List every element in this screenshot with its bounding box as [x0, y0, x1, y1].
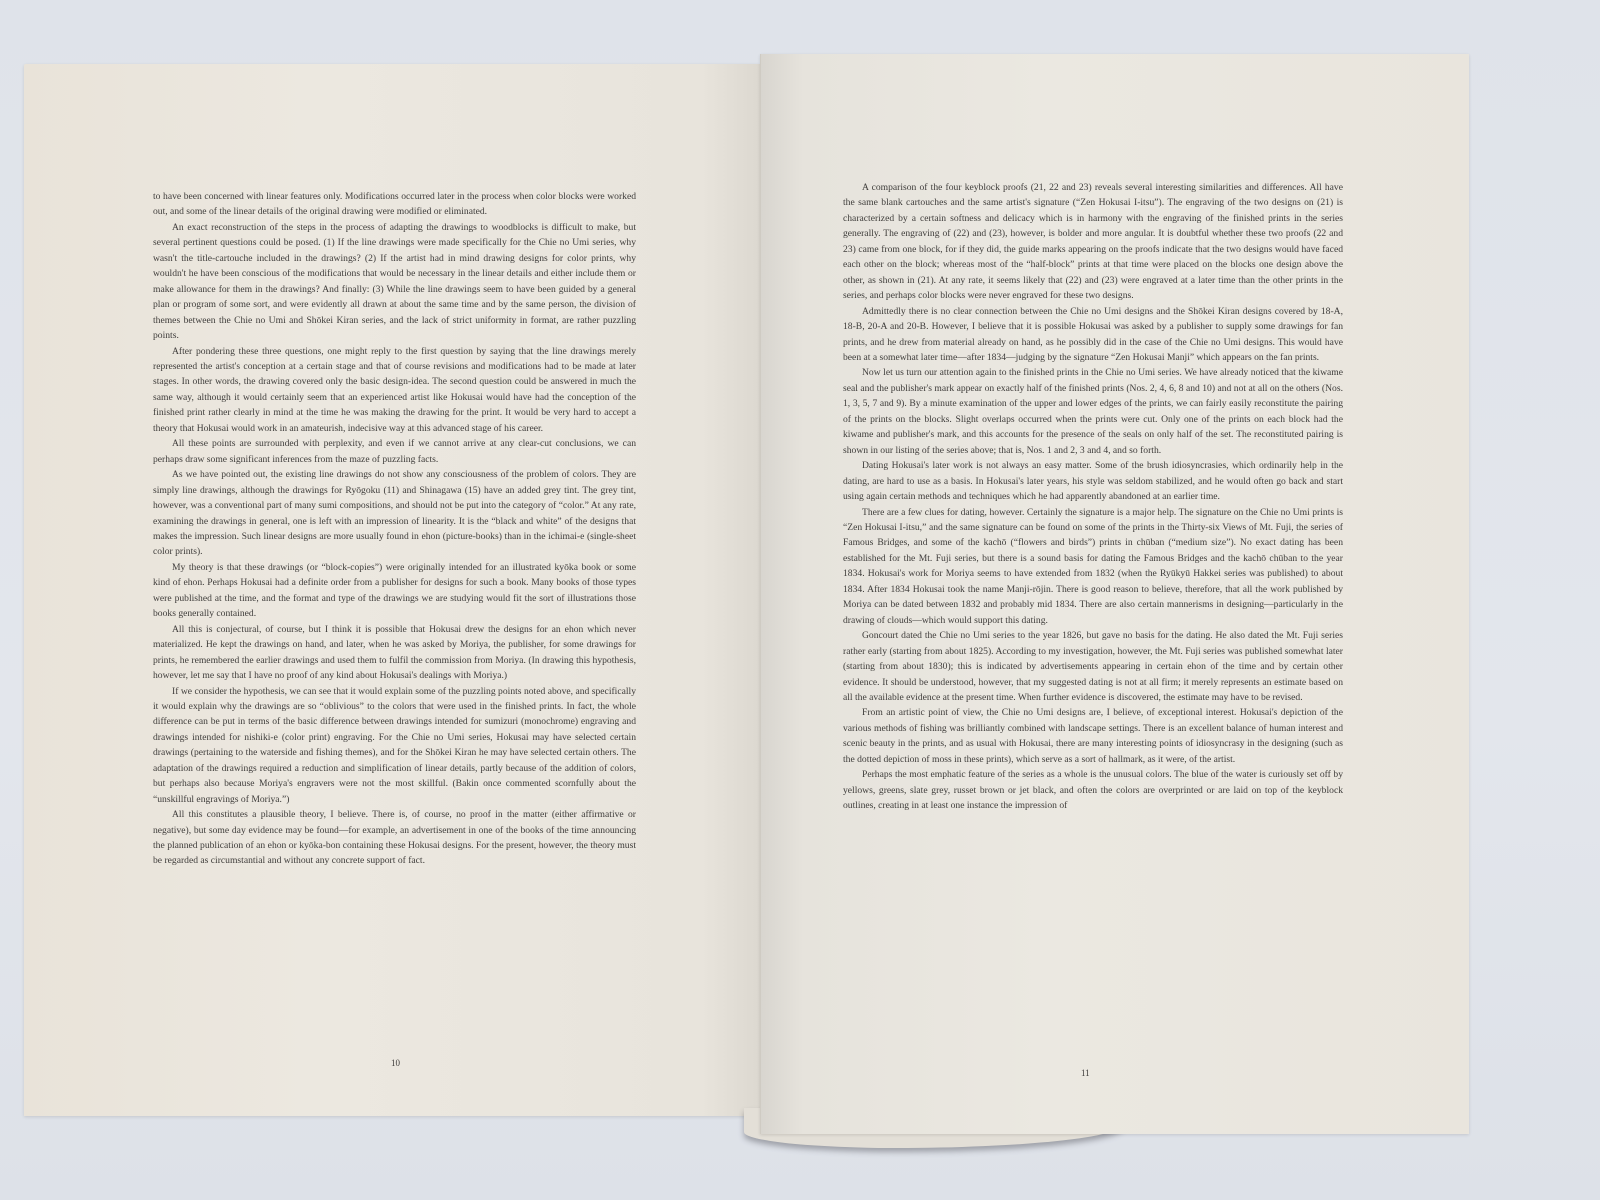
paragraph: Goncourt dated the Chie no Umi series to… — [843, 628, 1343, 705]
paragraph: There are a few clues for dating, howeve… — [843, 505, 1343, 629]
right-page-body: A comparison of the four keyblock proofs… — [843, 180, 1343, 814]
page-number-right: 11 — [1081, 1068, 1090, 1078]
paragraph: All this constitutes a plausible theory,… — [153, 807, 636, 869]
paragraph: Dating Hokusai's later work is not alway… — [843, 458, 1343, 504]
paragraph: If we consider the hypothesis, we can se… — [153, 684, 636, 808]
paragraph: Admittedly there is no clear connection … — [843, 304, 1343, 366]
paragraph: Now let us turn our attention again to t… — [843, 365, 1343, 458]
paragraph: Perhaps the most emphatic feature of the… — [843, 767, 1343, 813]
paragraph: My theory is that these drawings (or “bl… — [153, 560, 636, 622]
paragraph: From an artistic point of view, the Chie… — [843, 705, 1343, 767]
paragraph: An exact reconstruction of the steps in … — [153, 220, 636, 344]
paragraph: As we have pointed out, the existing lin… — [153, 467, 636, 560]
paragraph: A comparison of the four keyblock proofs… — [843, 180, 1343, 304]
paragraph: All these points are surrounded with per… — [153, 436, 636, 467]
left-page-body: to have been concerned with linear featu… — [153, 189, 636, 869]
paragraph: After pondering these three questions, o… — [153, 344, 636, 437]
paragraph: All this is conjectural, of course, but … — [153, 622, 636, 684]
paragraph: to have been concerned with linear featu… — [153, 189, 636, 220]
page-number-left: 10 — [391, 1058, 400, 1068]
